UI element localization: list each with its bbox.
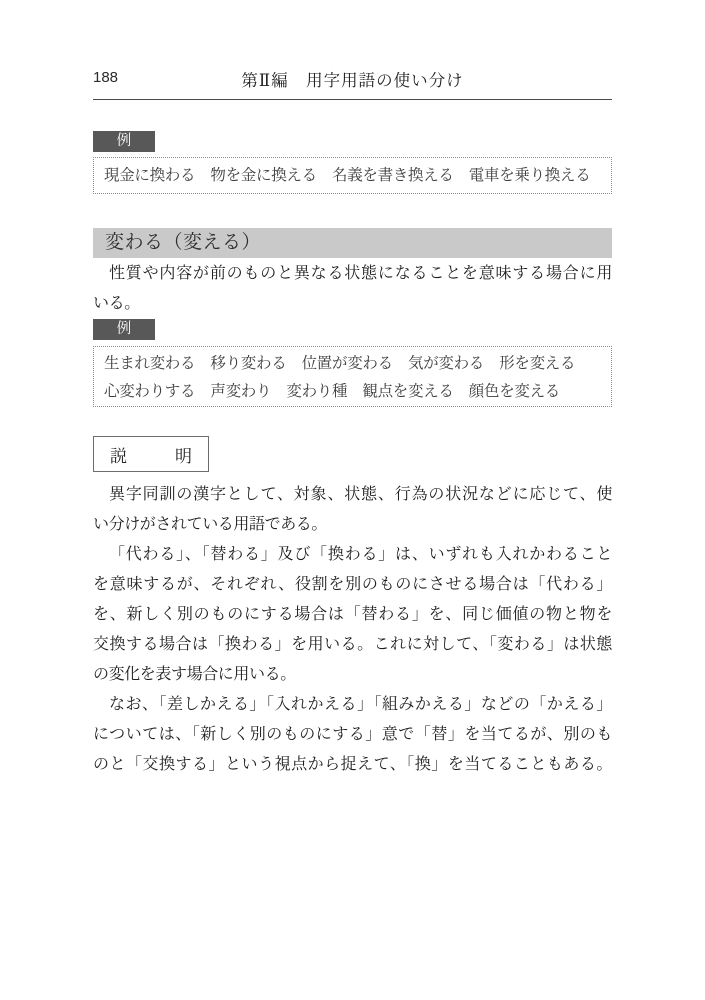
entry-heading: 変わる（変える） xyxy=(93,228,612,258)
example-box-2: 生まれ変わる 移り変わる 位置が変わる 気が変わる 形を変える 心変わりする 声… xyxy=(93,346,612,407)
explanation-text: 異字同訓の漢字として、対象、状態、行為の状況などに応じて、使 い分けがされている… xyxy=(93,480,612,780)
explanation-line: 異字同訓の漢字として、対象、状態、行為の状況などに応じて、使 xyxy=(93,480,612,510)
explanation-label-right: 明 xyxy=(175,442,192,467)
book-page: 188 第Ⅱ編 用字用語の使い分け 例 現金に換わる 物を金に換える 名義を書き… xyxy=(0,0,705,1000)
explanation-line: の変化を表す場合に用いる。 xyxy=(93,660,612,690)
explanation-label-box: 説 明 xyxy=(93,436,209,472)
explanation-line: を、新しく別のものにする場合は「替わる」を、同じ価値の物と物を xyxy=(93,600,612,630)
explanation-line: を意味するが、それぞれ、役割を別のものにさせる場合は「代わる」 xyxy=(93,570,612,600)
example-box-1: 現金に換わる 物を金に換える 名義を書き換える 電車を乗り換える xyxy=(93,157,612,194)
explanation-line: なお、「差しかえる」「入れかえる」「組みかえる」などの「かえる」 xyxy=(93,690,612,720)
entry-description-line: 性質や内容が前のものと異なる状態になることを意味する場合に用 xyxy=(93,259,612,289)
explanation-label-left: 説 xyxy=(110,442,127,467)
entry-description-line: いる。 xyxy=(93,289,612,319)
explanation-line: については、「新しく別のものにする」意で「替」を当てるが、別のも xyxy=(93,720,612,750)
example-label-2: 例 xyxy=(93,319,155,340)
entry-description: 性質や内容が前のものと異なる状態になることを意味する場合に用 いる。 xyxy=(93,259,612,319)
explanation-line: 「代わる」、「替わる」及び「換わる」は、いずれも入れかわること xyxy=(93,540,612,570)
explanation-line: のと「交換する」という視点から捉えて、「換」を当てることもある。 xyxy=(93,750,612,780)
header-divider xyxy=(93,99,612,100)
example-line: 生まれ変わる 移り変わる 位置が変わる 気が変わる 形を変える xyxy=(104,350,601,378)
explanation-line: 交換する場合は「換わる」を用いる。これに対して、「変わる」は状態 xyxy=(93,630,612,660)
example-label-1: 例 xyxy=(93,131,155,152)
example-line: 現金に換わる 物を金に換える 名義を書き換える 電車を乗り換える xyxy=(104,158,601,193)
explanation-line: い分けがされている用語である。 xyxy=(93,510,612,540)
example-line: 心変わりする 声変わり 変わり種 観点を変える 顔色を変える xyxy=(104,378,601,406)
header-title: 第Ⅱ編 用字用語の使い分け xyxy=(93,67,612,91)
